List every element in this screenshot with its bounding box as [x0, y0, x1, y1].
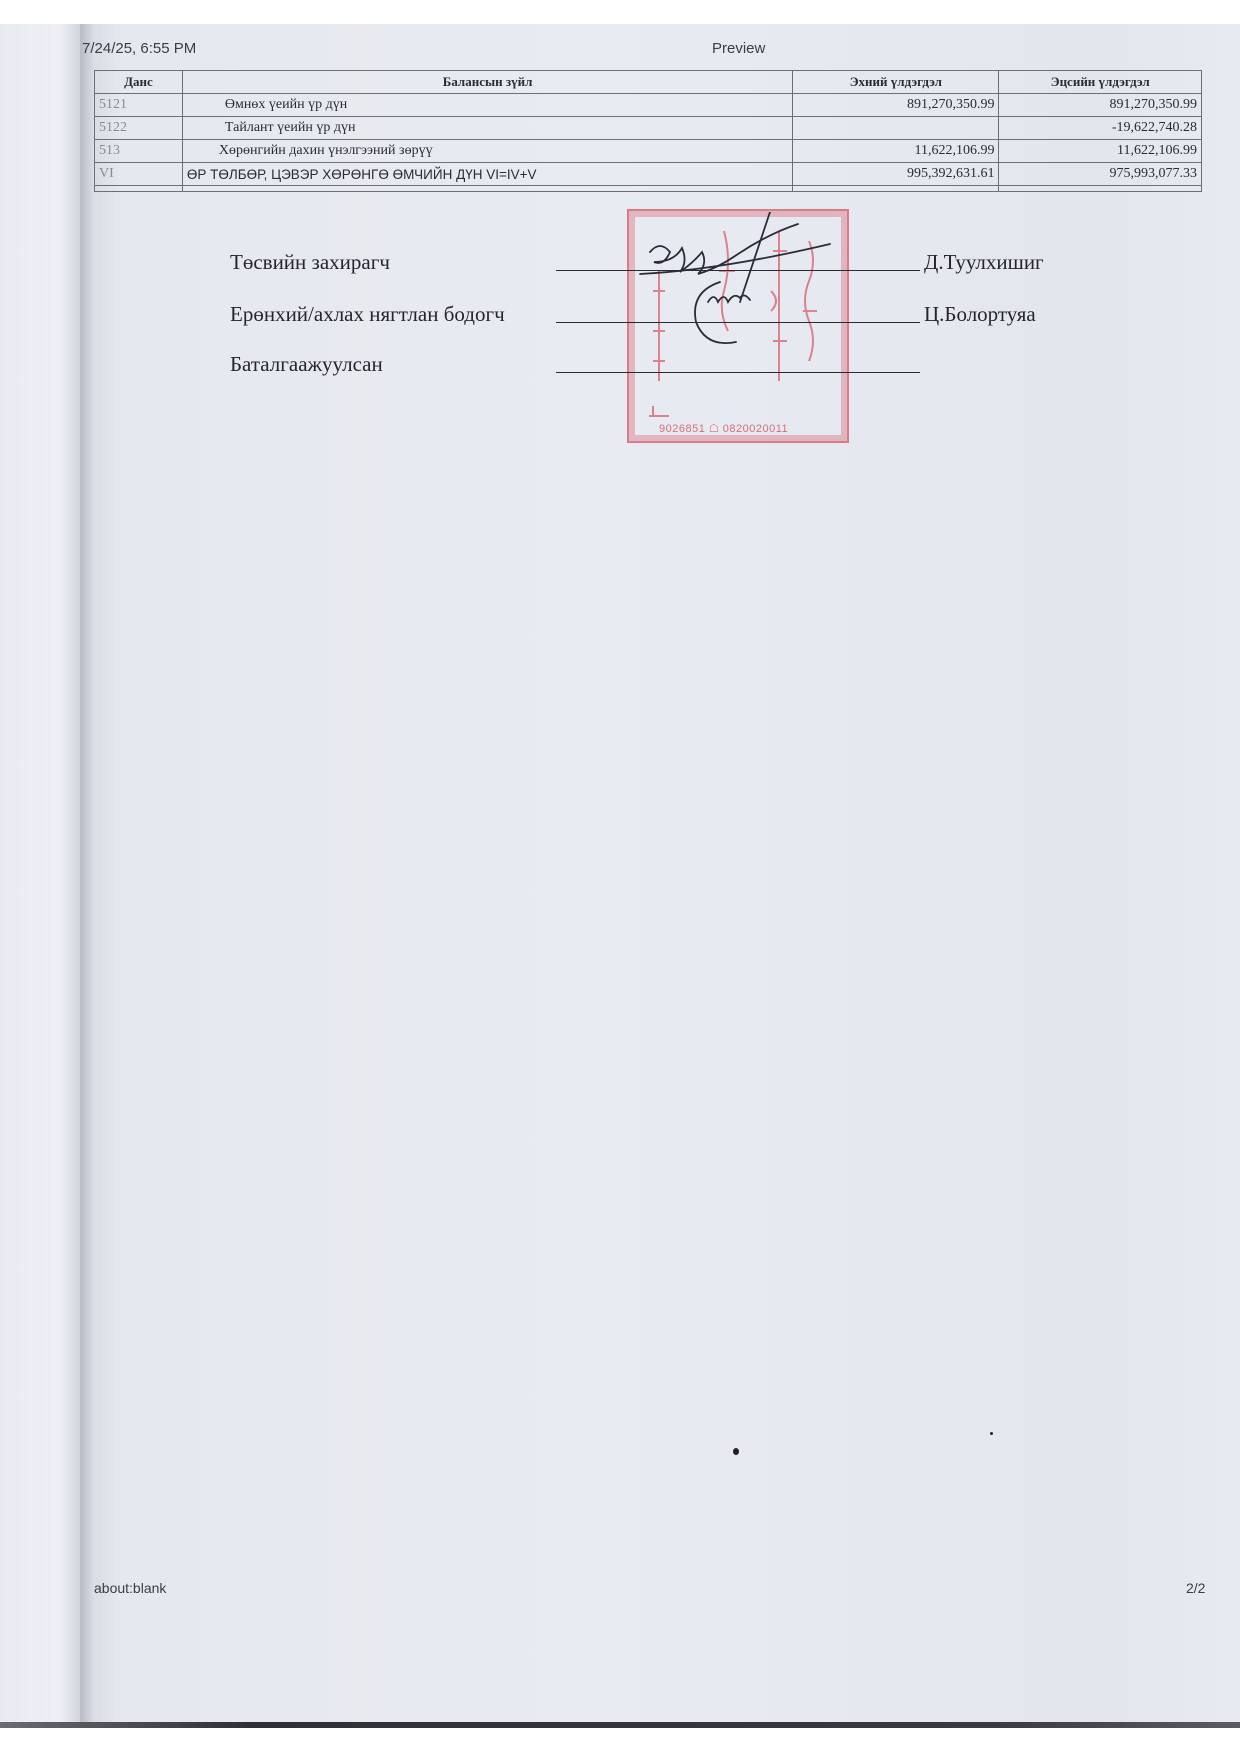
- scanned-page: [0, 24, 1240, 1727]
- scan-speck: [990, 1432, 993, 1435]
- item-name: Хөрөнгийн дахин үнэлгээний зөрүү: [182, 140, 792, 163]
- table-row: 5122 Тайлант үеийн үр дүн -19,622,740.28: [95, 117, 1202, 140]
- table-row-total: VI ӨР ТӨЛБӨР, ЦЭВЭР ХӨРӨНГӨ ӨМЧИЙН ДҮН V…: [95, 163, 1202, 186]
- print-url: about:blank: [94, 1580, 166, 1596]
- column-header-opening-balance: Эхний үлдэгдэл: [793, 71, 999, 94]
- closing-balance: 891,270,350.99: [999, 94, 1202, 117]
- opening-balance: 11,622,106.99: [793, 140, 999, 163]
- closing-balance: 975,993,077.33: [999, 163, 1202, 186]
- stamp-registration-number: 9026851 ☖ 0820020011: [659, 422, 788, 435]
- item-name: Өмнөх үеийн үр дүн: [182, 94, 792, 117]
- signature-line: [556, 250, 920, 271]
- print-title: Preview: [712, 40, 765, 57]
- page-number: 2/2: [1186, 1580, 1205, 1596]
- print-date-time: 7/24/25, 6:55 PM: [82, 40, 196, 57]
- page-fold-shadow: [80, 24, 94, 1722]
- signatory-name: Ц.Болортуяа: [924, 302, 1036, 327]
- column-header-item: Балансын зүйл: [182, 71, 792, 94]
- scan-bottom-edge: [0, 1722, 1240, 1728]
- table-row: 5121 Өмнөх үеийн үр дүн 891,270,350.99 8…: [95, 94, 1202, 117]
- opening-balance: 891,270,350.99: [793, 94, 999, 117]
- account-code: 5121: [95, 94, 183, 117]
- item-name: ӨР ТӨЛБӨР, ЦЭВЭР ХӨРӨНГӨ ӨМЧИЙН ДҮН VI=I…: [182, 163, 792, 186]
- signature-role: Төсвийн захирагч: [230, 250, 390, 275]
- account-code: 5122: [95, 117, 183, 140]
- account-code: VI: [95, 163, 183, 186]
- scan-speck: [733, 1448, 739, 1455]
- column-header-account: Данс: [95, 71, 183, 94]
- signatory-name: Д.Туулхишиг: [924, 250, 1044, 275]
- closing-balance: -19,622,740.28: [999, 117, 1202, 140]
- table-header-row: Данс Балансын зүйл Эхний үлдэгдэл Эцсийн…: [95, 71, 1202, 94]
- account-code: 513: [95, 140, 183, 163]
- signature-line: [556, 302, 920, 323]
- opening-balance: 995,392,631.61: [793, 163, 999, 186]
- signature-line: [556, 352, 920, 373]
- handwritten-signature-icon: [630, 212, 850, 362]
- closing-balance: 11,622,106.99: [999, 140, 1202, 163]
- table-row: 513 Хөрөнгийн дахин үнэлгээний зөрүү 11,…: [95, 140, 1202, 163]
- column-header-closing-balance: Эцсийн үлдэгдэл: [999, 71, 1202, 94]
- table-spacer-row: [95, 186, 1202, 192]
- opening-balance: [793, 117, 999, 140]
- signature-role: Ерөнхий/ахлах нягтлан бодогч: [230, 302, 505, 327]
- item-name: Тайлант үеийн үр дүн: [182, 117, 792, 140]
- signature-role: Баталгаажуулсан: [230, 352, 383, 377]
- balance-table: Данс Балансын зүйл Эхний үлдэгдэл Эцсийн…: [94, 70, 1202, 192]
